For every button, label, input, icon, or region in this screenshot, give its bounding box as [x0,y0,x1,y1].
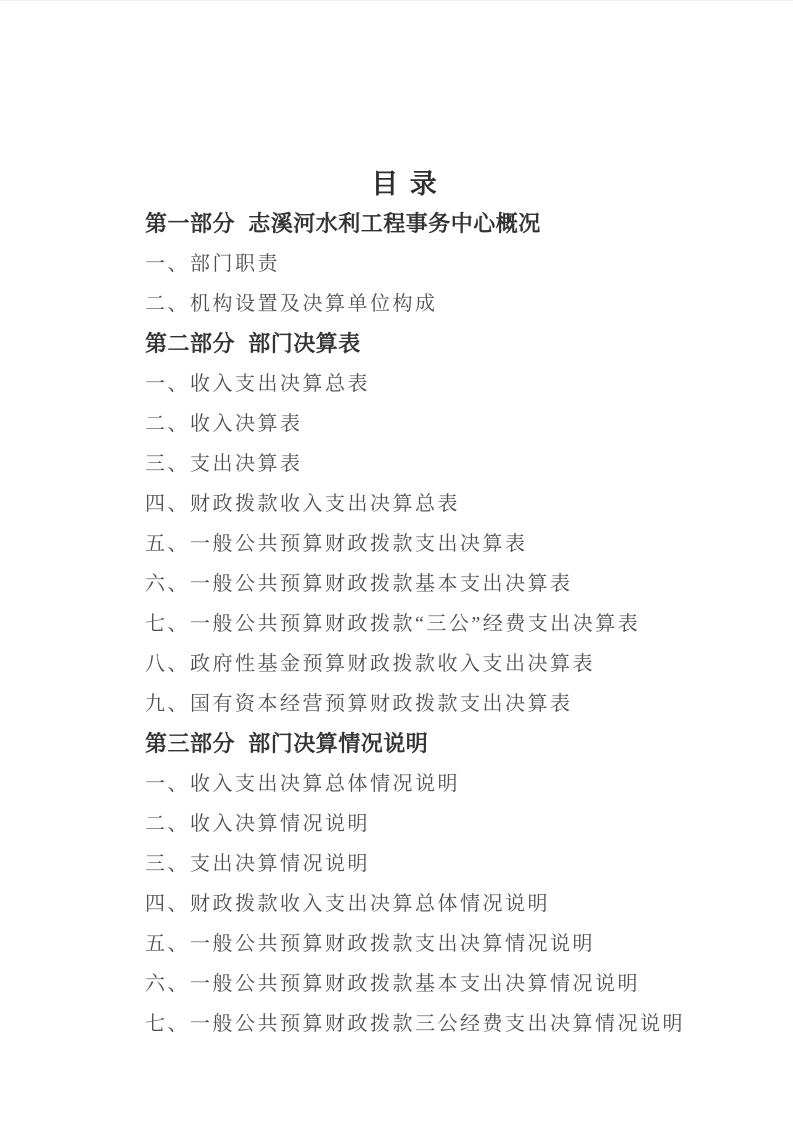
toc-item: 一、部门职责 [145,244,665,284]
toc-column: 目 录 第一部分 志溪河水利工程事务中心概况 一、部门职责 二、机构设置及决算单… [145,1,665,1044]
toc-item: 五、一般公共预算财政拨款支出决算表 [145,524,665,564]
toc-item: 一、收入支出决算总表 [145,364,665,404]
toc-item: 三、支出决算表 [145,444,665,484]
toc-item: 二、收入决算情况说明 [145,804,665,844]
toc-item: 三、支出决算情况说明 [145,844,665,884]
toc-item: 六、一般公共预算财政拨款基本支出决算情况说明 [145,964,665,1004]
section-heading-part2: 第二部分 部门决算表 [145,324,665,364]
toc-item: 五、一般公共预算财政拨款支出决算情况说明 [145,924,665,964]
section-heading-part3: 第三部分 部门决算情况说明 [145,724,665,764]
page-title: 目 录 [145,164,665,204]
toc-item: 一、收入支出决算总体情况说明 [145,764,665,804]
section-heading-part1: 第一部分 志溪河水利工程事务中心概况 [145,204,665,244]
toc-item: 七、一般公共预算财政拨款“三公”经费支出决算表 [145,604,665,644]
toc-item: 二、机构设置及决算单位构成 [145,284,665,324]
document-page: 目 录 第一部分 志溪河水利工程事务中心概况 一、部门职责 二、机构设置及决算单… [0,0,793,1122]
toc-item: 六、一般公共预算财政拨款基本支出决算表 [145,564,665,604]
toc-item: 七、一般公共预算财政拨款三公经费支出决算情况说明 [145,1004,665,1044]
toc-item: 四、财政拨款收入支出决算总表 [145,484,665,524]
toc-item: 四、财政拨款收入支出决算总体情况说明 [145,884,665,924]
toc-item: 二、收入决算表 [145,404,665,444]
toc-item: 九、国有资本经营预算财政拨款支出决算表 [145,684,665,724]
toc-item: 八、政府性基金预算财政拨款收入支出决算表 [145,644,665,684]
